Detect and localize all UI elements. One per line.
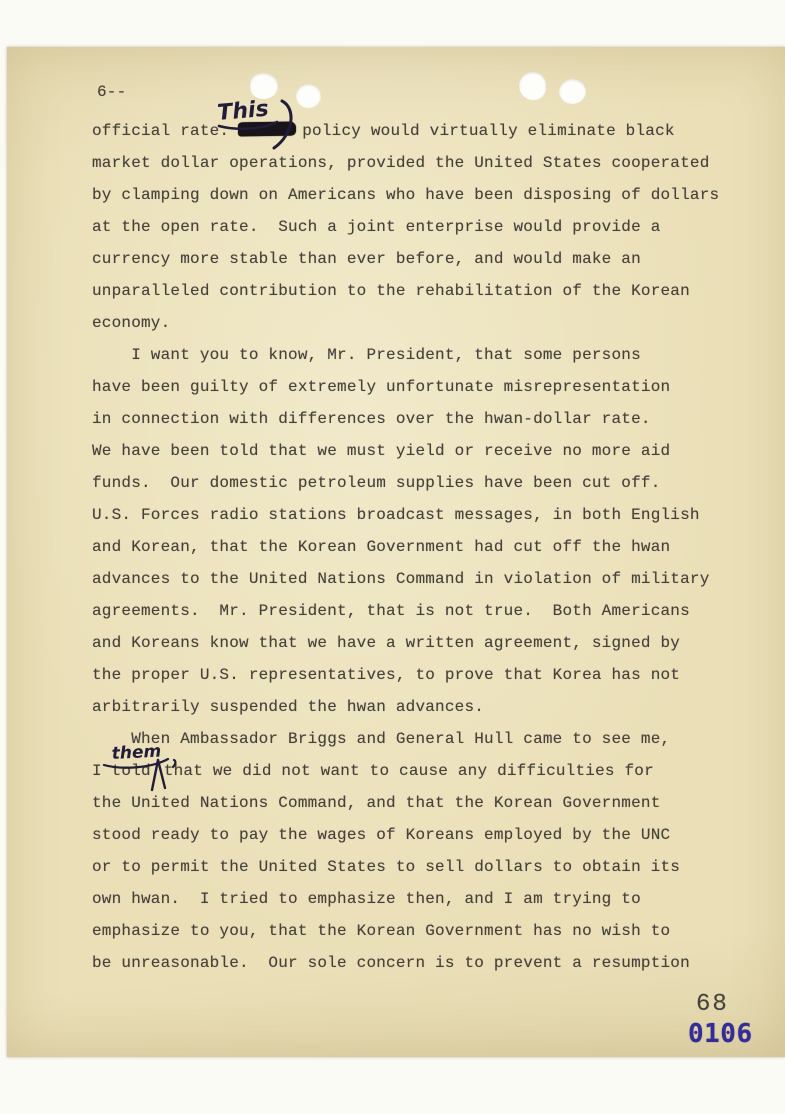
typed-line: unparalleled contribution to the rehabil… [92, 275, 752, 307]
paragraph-1-rest: market dollar operations, provided the U… [92, 147, 752, 339]
archive-page-number: 68 [696, 991, 729, 1018]
typed-line-with-insertion: I toldthat we did not want to cause any … [92, 755, 752, 787]
typed-line: at the open rate. Such a joint enterpris… [92, 211, 752, 243]
handwritten-this-word: This [216, 97, 269, 126]
typed-line: stood ready to pay the wages of Koreans … [92, 819, 752, 851]
handwritten-them-word: them [111, 741, 161, 764]
typed-line: by clamping down on Americans who have b… [92, 179, 752, 211]
typed-line-with-redaction: official rate.policy would virtually eli… [92, 115, 752, 147]
paragraph-3-rest: the United Nations Command, and that the… [92, 787, 752, 979]
typed-text-after-caret: that we did not want to cause any diffic… [164, 762, 654, 780]
page-number: 6-- [97, 83, 126, 101]
typed-line: or to permit the United States to sell d… [92, 851, 752, 883]
comma-stroke [173, 760, 175, 767]
typed-line: When Ambassador Briggs and General Hull … [92, 723, 752, 755]
typed-line: market dollar operations, provided the U… [92, 147, 752, 179]
handwritten-them-annotation: them [100, 741, 190, 771]
typed-line: the proper U.S. representatives, to prov… [92, 659, 752, 691]
handwritten-this-annotation: This [214, 96, 314, 156]
scan-background: 6-- official rate.policy would virtually… [0, 0, 785, 1114]
typed-line: emphasize to you, that the Korean Govern… [92, 915, 752, 947]
typed-line: and Korean, that the Korean Government h… [92, 531, 752, 563]
typed-line: agreements. Mr. President, that is not t… [92, 595, 752, 627]
typed-text-block: official rate.policy would virtually eli… [92, 115, 752, 979]
typed-line: currency more stable than ever before, a… [92, 243, 752, 275]
punch-hole-icon [519, 72, 546, 100]
typed-line: in connection with differences over the … [92, 403, 752, 435]
typed-line: I want you to know, Mr. President, that … [92, 339, 752, 371]
punch-hole-icon [559, 79, 586, 104]
typed-line: We have been told that we must yield or … [92, 435, 752, 467]
typed-line: own hwan. I tried to emphasize then, and… [92, 883, 752, 915]
stamped-folio-number: 0106 [688, 1019, 753, 1049]
typed-text-after-redaction: policy would virtually eliminate black [302, 122, 674, 140]
typed-line: be unreasonable. Our sole concern is to … [92, 947, 752, 979]
document-page: 6-- official rate.policy would virtually… [7, 47, 785, 1057]
typed-line: advances to the United Nations Command i… [92, 563, 752, 595]
typed-line: arbitrarily suspended the hwan advances. [92, 691, 752, 723]
paragraph-2: I want you to know, Mr. President, that … [92, 339, 752, 723]
typed-line: have been guilty of extremely unfortunat… [92, 371, 752, 403]
typed-line: economy. [92, 307, 752, 339]
typed-line: funds. Our domestic petroleum supplies h… [92, 467, 752, 499]
insertion-swoosh-stroke [274, 101, 291, 148]
typed-line: and Koreans know that we have a written … [92, 627, 752, 659]
typed-text-before-redaction: official rate. [92, 122, 229, 140]
typed-line: the United Nations Command, and that the… [92, 787, 752, 819]
typed-line: U.S. Forces radio stations broadcast mes… [92, 499, 752, 531]
